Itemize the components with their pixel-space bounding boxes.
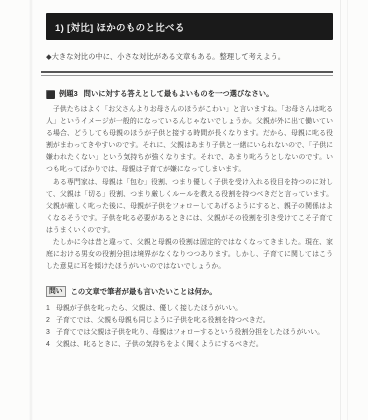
section-header-bar: 1) [対比] ほかのものと比べる — [46, 13, 333, 40]
answer-options: 1 母親が子供を叱ったら、父親は、優しく接したほうがいい。 2 子育てでは、父親… — [46, 303, 333, 350]
option-number: 2 — [46, 315, 56, 327]
exercise-heading: 例題3 問いに対する答えとして最もよいものを一つ選びなさい。 — [46, 89, 333, 99]
intro-note: ◆大きな対比の中に、小さな対比がある文章もある。整理して考えよう。 — [46, 52, 333, 62]
passage-paragraph-1: 子供たちはよく「お父さんよりお母さんのほうがこわい」と言いますね。「お母さんは叱… — [46, 104, 333, 177]
example-badge-icon — [46, 90, 55, 99]
option-number: 1 — [46, 303, 56, 315]
question-text: この文章で筆者が最も言いたいことは何か。 — [71, 287, 217, 297]
exercise-label: 例題3 — [59, 89, 78, 99]
reading-passage: 子供たちはよく「お父さんよりお母さんのほうがこわい」と言いますね。「お母さんは叱… — [46, 104, 333, 273]
option-number: 3 — [46, 327, 56, 339]
passage-paragraph-2: ある専門家は、母親は「包む」役割、つまり優しく子供を受け入れる役目を持つのに対し… — [46, 177, 333, 237]
question-label-box: 問い — [46, 286, 66, 297]
option-text: 子育てでは父親は子供を叱り、母親はフォローするという役割分担をしたほうがいい。 — [56, 327, 333, 339]
section-header-title: 1) [対比] ほかのものと比べる — [55, 20, 185, 34]
exercise-instruction: 問いに対する答えとして最もよいものを一つ選びなさい。 — [84, 89, 274, 99]
page-edge-line — [340, 0, 341, 420]
answer-option-3: 3 子育てでは父親は子供を叱り、母親はフォローするという役割分担をしたほうがいい… — [46, 327, 333, 339]
page-content: 1) [対比] ほかのものと比べる ◆大きな対比の中に、小さな対比がある文章もあ… — [46, 13, 333, 351]
answer-option-1: 1 母親が子供を叱ったら、父親は、優しく接したほうがいい。 — [46, 303, 333, 315]
answer-option-2: 2 子育てでは、父親も母親も同じように子供を叱る役割を持つべきだ。 — [46, 315, 333, 327]
option-text: 子育てでは、父親も母親も同じように子供を叱る役割を持つべきだ。 — [56, 315, 333, 327]
option-number: 4 — [46, 339, 56, 351]
option-text: 父親は、叱るときに、子供の気持ちをよく聞くようにするべきだ。 — [56, 339, 333, 351]
answer-option-4: 4 父親は、叱るときに、子供の気持ちをよく聞くようにするべきだ。 — [46, 339, 333, 351]
page-edge-line-outer — [347, 0, 348, 420]
book-page-photo: 1) [対比] ほかのものと比べる ◆大きな対比の中に、小さな対比がある文章もあ… — [0, 0, 368, 420]
option-text: 母親が子供を叱ったら、父親は、優しく接したほうがいい。 — [56, 303, 333, 315]
section-divider — [41, 71, 333, 76]
page-gutter-shadow — [29, 0, 33, 420]
question-line: 問い この文章で筆者が最も言いたいことは何か。 — [46, 286, 333, 297]
passage-paragraph-3: たしかに今は昔と違って、父親と母親の役割は固定的ではなくなってきました。現在、家… — [46, 237, 333, 273]
